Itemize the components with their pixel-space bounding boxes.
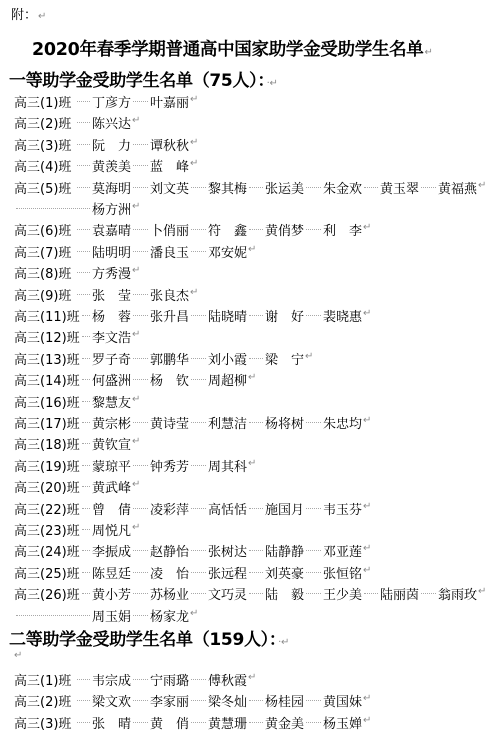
tab-leader bbox=[191, 187, 206, 188]
tab-leader bbox=[133, 165, 148, 166]
tab-leader bbox=[77, 722, 90, 723]
student-name: 张 晴 bbox=[92, 713, 131, 732]
class-label: 高三(23)班 bbox=[14, 520, 80, 539]
student-name: 周超柳 bbox=[208, 370, 247, 389]
tab-leader bbox=[133, 700, 148, 701]
class-label: 高三(13)班 bbox=[14, 349, 80, 368]
tab-leader bbox=[133, 572, 148, 573]
student-name: 文巧灵 bbox=[208, 584, 247, 603]
student-name: 张树达 bbox=[208, 541, 247, 560]
tab-leader bbox=[191, 508, 206, 509]
class-label: 高三(26)班 bbox=[14, 584, 80, 603]
student-name: 陈兴达 bbox=[92, 113, 131, 132]
paragraph-mark-icon: ↵ bbox=[190, 608, 198, 619]
tab-leader bbox=[133, 422, 148, 423]
tab-leader bbox=[77, 294, 90, 295]
tab-leader bbox=[77, 187, 90, 188]
tab-leader bbox=[191, 700, 206, 701]
tab-leader bbox=[191, 550, 206, 551]
class-label: 高三(2)班 bbox=[14, 113, 71, 132]
student-name: 刘小霞 bbox=[208, 349, 247, 368]
class-label: 高三(25)班 bbox=[14, 563, 80, 582]
paragraph-mark-icon: ↵ bbox=[132, 479, 140, 490]
tab-leader bbox=[306, 187, 321, 188]
tab-leader bbox=[191, 679, 206, 680]
class-label: 高三(2)班 bbox=[14, 691, 71, 710]
class-label: 高三(11)班 bbox=[14, 306, 80, 325]
class-label: 高三(18)班 bbox=[14, 434, 80, 453]
tab-leader bbox=[249, 187, 263, 188]
paragraph-mark-icon: ↵ bbox=[363, 501, 371, 512]
tab-leader bbox=[191, 465, 206, 466]
tab-leader bbox=[133, 144, 148, 145]
student-name: 朱金欢 bbox=[323, 178, 362, 197]
student-name: 翁雨玫 bbox=[438, 584, 477, 603]
tab-leader bbox=[306, 593, 321, 594]
class-label: 高三(4)班 bbox=[14, 156, 71, 175]
student-name: 陆明明 bbox=[92, 242, 131, 261]
tab-leader bbox=[249, 722, 263, 723]
student-name: 王少美 bbox=[323, 584, 362, 603]
student-name: 陆晓晴 bbox=[208, 306, 247, 325]
student-name: 叶嘉丽 bbox=[150, 92, 189, 111]
student-name: 邓亚莲 bbox=[323, 541, 362, 560]
student-name: 黄国妹 bbox=[323, 691, 362, 710]
tab-leader bbox=[77, 229, 90, 230]
paragraph-mark-icon: ↵ bbox=[190, 287, 198, 298]
student-name: 陆丽茵 bbox=[380, 584, 419, 603]
section-heading: 二等助学金受助学生名单（159人）：·↵ bbox=[9, 625, 289, 650]
class-label: 高三(22)班 bbox=[14, 499, 80, 518]
tab-leader bbox=[82, 315, 90, 316]
tab-leader bbox=[16, 615, 90, 616]
paragraph-mark-icon: ↵ bbox=[190, 158, 198, 169]
class-label: 高三(8)班 bbox=[14, 263, 71, 282]
attachment-label: 附：↵ bbox=[11, 4, 46, 23]
student-name: 张 莹 bbox=[92, 285, 131, 304]
student-name: 黄小芳 bbox=[92, 584, 131, 603]
tab-leader bbox=[77, 101, 90, 102]
student-name: 陆静静 bbox=[265, 541, 304, 560]
paragraph-mark-icon: ↵ bbox=[248, 244, 256, 255]
tab-leader bbox=[133, 550, 148, 551]
class-label: 高三(16)班 bbox=[14, 392, 80, 411]
paragraph-mark-icon: ↵ bbox=[248, 372, 256, 383]
student-name: 杨玉婵 bbox=[323, 713, 362, 732]
tab-leader bbox=[191, 722, 206, 723]
class-label: 高三(9)班 bbox=[14, 285, 71, 304]
tab-leader bbox=[191, 251, 206, 252]
student-name: 莫海明 bbox=[92, 178, 131, 197]
student-name: 黄钦宣 bbox=[92, 434, 131, 453]
student-name: 黄俏梦 bbox=[265, 220, 304, 239]
tab-leader bbox=[249, 315, 263, 316]
class-label: 高三(3)班 bbox=[14, 713, 71, 732]
class-label: 高三(1)班 bbox=[14, 670, 71, 689]
tab-leader bbox=[133, 722, 148, 723]
student-name: 朱忠均 bbox=[323, 413, 362, 432]
student-name: 裴晓惠 bbox=[323, 306, 362, 325]
tab-leader bbox=[306, 572, 321, 573]
student-name: 周悦凡 bbox=[92, 520, 131, 539]
student-name: 周其科 bbox=[208, 456, 247, 475]
student-name: 陈昱廷 bbox=[92, 563, 131, 582]
student-name: 利慧洁 bbox=[208, 413, 247, 432]
paragraph-mark-icon: ↵ bbox=[248, 458, 256, 469]
tab-leader bbox=[306, 550, 321, 551]
class-label: 高三(17)班 bbox=[14, 413, 80, 432]
paragraph-mark-icon: ↵ bbox=[363, 715, 371, 726]
student-name: 凌 怡 bbox=[150, 563, 189, 582]
section-heading: 一等助学金受助学生名单（75人）：·↵ bbox=[9, 66, 278, 91]
tab-leader bbox=[249, 508, 263, 509]
section-heading-text: 一等助学金受助学生名单（75人）： bbox=[9, 71, 266, 91]
tab-leader bbox=[249, 550, 263, 551]
class-label: 高三(1)班 bbox=[14, 92, 71, 111]
student-name: 陆 毅 bbox=[265, 584, 304, 603]
tab-leader bbox=[191, 422, 206, 423]
tab-leader bbox=[82, 443, 90, 444]
tab-leader bbox=[133, 187, 148, 188]
student-name: 丁彦方 bbox=[92, 92, 131, 111]
tab-leader bbox=[306, 700, 321, 701]
student-name: 黎慧友 bbox=[92, 392, 131, 411]
student-name: 凌彩萍 bbox=[150, 499, 189, 518]
tab-leader bbox=[77, 144, 90, 145]
document-title: 2020年春季学期普通高中国家助学金受助学生名单↵ bbox=[32, 36, 433, 61]
student-name: 黄 俏 bbox=[150, 713, 189, 732]
class-label: 高三(24)班 bbox=[14, 541, 80, 560]
student-name: 李家丽 bbox=[150, 691, 189, 710]
student-name: 梁冬灿 bbox=[208, 691, 247, 710]
class-label: 高三(14)班 bbox=[14, 370, 80, 389]
tab-leader bbox=[82, 379, 90, 380]
tab-leader bbox=[77, 165, 90, 166]
paragraph-mark-icon: ↵ bbox=[38, 11, 46, 22]
tab-leader bbox=[82, 358, 90, 359]
tab-leader bbox=[82, 550, 90, 551]
tab-leader bbox=[191, 593, 206, 594]
tab-leader bbox=[133, 465, 148, 466]
student-name: 张良杰 bbox=[150, 285, 189, 304]
student-name: 张运美 bbox=[265, 178, 304, 197]
tab-leader bbox=[82, 572, 90, 573]
class-label: 高三(5)班 bbox=[14, 178, 71, 197]
paragraph-mark-icon: ↵ bbox=[363, 565, 371, 576]
tab-leader bbox=[133, 294, 148, 295]
paragraph-mark-icon: ↵ bbox=[425, 47, 433, 58]
tab-leader bbox=[77, 122, 90, 123]
student-name: 潘良玉 bbox=[150, 242, 189, 261]
student-name: 黄宗彬 bbox=[92, 413, 131, 432]
student-name: 符 鑫 bbox=[208, 220, 247, 239]
paragraph-mark-icon: ↵ bbox=[190, 137, 198, 148]
tab-leader bbox=[133, 379, 148, 380]
student-name: 张恒铭 bbox=[323, 563, 362, 582]
paragraph-mark-icon: ↵ bbox=[363, 222, 371, 233]
tab-leader bbox=[82, 486, 90, 487]
student-name: 蒙琼平 bbox=[92, 456, 131, 475]
paragraph-mark-icon: ↵ bbox=[305, 351, 313, 362]
tab-leader bbox=[191, 315, 206, 316]
student-name: 刘英豪 bbox=[265, 563, 304, 582]
tab-leader bbox=[133, 251, 148, 252]
tab-leader bbox=[82, 465, 90, 466]
student-name: 宁雨璐 bbox=[150, 670, 189, 689]
class-label: 高三(3)班 bbox=[14, 135, 71, 154]
tab-leader bbox=[249, 358, 263, 359]
paragraph-mark-icon: ↵ bbox=[132, 115, 140, 126]
tab-leader bbox=[249, 229, 263, 230]
student-name: 杨家龙 bbox=[150, 606, 189, 625]
student-name: 梁 宁 bbox=[265, 349, 304, 368]
student-name: 蓝 峰 bbox=[150, 156, 189, 175]
paragraph-mark-icon: ↵ bbox=[132, 265, 140, 276]
student-name: 梁文欢 bbox=[92, 691, 131, 710]
tab-leader bbox=[133, 315, 148, 316]
student-name: 邓安妮 bbox=[208, 242, 247, 261]
tab-leader bbox=[249, 593, 263, 594]
paragraph-mark-icon: ↵ bbox=[132, 522, 140, 533]
tab-leader bbox=[77, 700, 90, 701]
tab-leader bbox=[306, 422, 321, 423]
student-name: 方秀漫 bbox=[92, 263, 131, 282]
paragraph-mark-icon: ↵ bbox=[132, 394, 140, 405]
student-name: 杨 蓉 bbox=[92, 306, 131, 325]
student-name: 黄羡美 bbox=[92, 156, 131, 175]
student-name: 周玉娟 bbox=[92, 606, 131, 625]
tab-leader bbox=[77, 272, 90, 273]
student-name: 傅秋霞 bbox=[208, 670, 247, 689]
class-label: 高三(6)班 bbox=[14, 220, 71, 239]
tab-leader bbox=[133, 593, 148, 594]
tab-leader bbox=[191, 229, 206, 230]
student-name: 杨桂园 bbox=[265, 691, 304, 710]
paragraph-mark-icon: ↵ bbox=[363, 693, 371, 704]
tab-leader bbox=[421, 593, 436, 594]
student-name: 袁嘉晴 bbox=[92, 220, 131, 239]
tab-leader bbox=[133, 229, 148, 230]
paragraph-mark-icon: ·↵ bbox=[278, 637, 289, 648]
paragraph-mark-icon: ↵ bbox=[132, 436, 140, 447]
tab-leader bbox=[82, 336, 90, 337]
paragraph-mark-icon: ↵ bbox=[190, 94, 198, 105]
student-name: 黄武峰 bbox=[92, 477, 131, 496]
student-name: 杨 钦 bbox=[150, 370, 189, 389]
student-name: 杨将树 bbox=[265, 413, 304, 432]
student-name: 谭秋秋 bbox=[150, 135, 189, 154]
student-name: 高恬恬 bbox=[208, 499, 247, 518]
tab-leader bbox=[191, 358, 206, 359]
student-name: 张升昌 bbox=[150, 306, 189, 325]
student-name: 杨方洲 bbox=[92, 199, 131, 218]
tab-leader bbox=[82, 508, 90, 509]
paragraph-mark-icon: ↵ bbox=[248, 672, 256, 683]
student-name: 刘文英 bbox=[150, 178, 189, 197]
student-name: 郭鹏华 bbox=[150, 349, 189, 368]
empty-paragraph-mark-icon: ↵ bbox=[14, 650, 22, 661]
tab-leader bbox=[191, 379, 206, 380]
student-name: 黄玉翠 bbox=[380, 178, 419, 197]
tab-leader bbox=[249, 700, 263, 701]
student-name: 何盛洲 bbox=[92, 370, 131, 389]
student-name: 钟秀芳 bbox=[150, 456, 189, 475]
tab-leader bbox=[249, 572, 263, 573]
student-name: 张远程 bbox=[208, 563, 247, 582]
tab-leader bbox=[82, 593, 90, 594]
student-name: 利 李 bbox=[323, 220, 362, 239]
tab-leader bbox=[133, 615, 148, 616]
class-label: 高三(19)班 bbox=[14, 456, 80, 475]
student-name: 阮 力 bbox=[92, 135, 131, 154]
student-name: 韦宗成 bbox=[92, 670, 131, 689]
student-name: 罗子奇 bbox=[92, 349, 131, 368]
tab-leader bbox=[306, 508, 321, 509]
tab-leader bbox=[82, 401, 90, 402]
paragraph-mark-icon: ↵ bbox=[132, 329, 140, 340]
paragraph-mark-icon: ↵ bbox=[363, 415, 371, 426]
paragraph-mark-icon: ↵ bbox=[363, 308, 371, 319]
student-name: 卜俏丽 bbox=[150, 220, 189, 239]
class-label: 高三(20)班 bbox=[14, 477, 80, 496]
paragraph-mark-icon: ↵ bbox=[478, 586, 486, 597]
tab-leader bbox=[16, 208, 90, 209]
tab-leader bbox=[77, 251, 90, 252]
tab-leader bbox=[249, 422, 263, 423]
student-name: 苏杨业 bbox=[150, 584, 189, 603]
paragraph-mark-icon: ↵ bbox=[132, 201, 140, 212]
tab-leader bbox=[364, 593, 378, 594]
student-name: 李文浩 bbox=[92, 327, 131, 346]
student-name: 黄慧珊 bbox=[208, 713, 247, 732]
section-heading-text: 二等助学金受助学生名单（159人）： bbox=[9, 630, 277, 650]
tab-leader bbox=[82, 529, 90, 530]
paragraph-mark-icon: ↵ bbox=[478, 180, 486, 191]
student-name: 黄福燕 bbox=[438, 178, 477, 197]
paragraph-mark-icon: ↵ bbox=[363, 543, 371, 554]
tab-leader bbox=[306, 315, 321, 316]
tab-leader bbox=[82, 422, 90, 423]
tab-leader bbox=[306, 722, 321, 723]
tab-leader bbox=[133, 679, 148, 680]
student-name: 施国月 bbox=[265, 499, 304, 518]
paragraph-mark-icon: ·↵ bbox=[267, 78, 278, 89]
tab-leader bbox=[133, 358, 148, 359]
tab-leader bbox=[306, 229, 321, 230]
class-label: 高三(7)班 bbox=[14, 242, 71, 261]
tab-leader bbox=[133, 101, 148, 102]
student-name: 黄金美 bbox=[265, 713, 304, 732]
tab-leader bbox=[364, 187, 378, 188]
tab-leader bbox=[133, 508, 148, 509]
class-label: 高三(12)班 bbox=[14, 327, 80, 346]
student-name: 赵静怡 bbox=[150, 541, 189, 560]
tab-leader bbox=[421, 187, 436, 188]
student-name: 黄诗莹 bbox=[150, 413, 189, 432]
tab-leader bbox=[191, 572, 206, 573]
tab-leader bbox=[77, 679, 90, 680]
student-name: 李振成 bbox=[92, 541, 131, 560]
student-name: 曾 倩 bbox=[92, 499, 131, 518]
student-name: 黎其梅 bbox=[208, 178, 247, 197]
student-name: 谢 好 bbox=[265, 306, 304, 325]
student-name: 韦玉芬 bbox=[323, 499, 362, 518]
